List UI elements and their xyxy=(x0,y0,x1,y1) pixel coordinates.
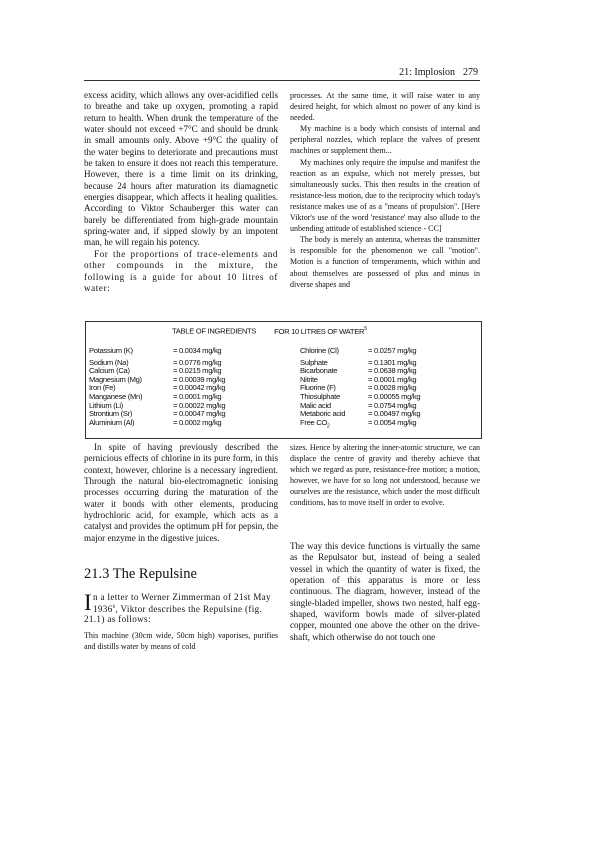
table-row: Thiosulphate= 0.00055 mg/kg xyxy=(300,392,420,401)
page-number: 279 xyxy=(463,67,478,78)
table-row: Nitrite= 0.0001 mg/kg xyxy=(300,375,420,384)
table-title-part2: FOR 10 LITRES OF WATER xyxy=(274,327,364,336)
ingredient-name: Sodium (Na) xyxy=(89,358,173,367)
table-row: Bicarbonate= 0.0638 mg/kg xyxy=(300,366,420,375)
ingredient-value: = 0.1301 mg/kg xyxy=(368,358,416,367)
ingredient-name: Iron (Fe) xyxy=(89,383,173,392)
ingredient-value: = 0.0002 mg/kg xyxy=(173,418,221,427)
table-title-part1: TABLE OF INGREDIENTS xyxy=(172,327,256,336)
table-right-column: Chlorine (Cl)= 0.0257 mg/kg Sulphate= 0.… xyxy=(300,346,420,426)
right-column-lower: The way this device functions is virtual… xyxy=(290,541,480,643)
ingredient-value: = 0.0028 mg/kg xyxy=(368,383,416,392)
paragraph: For the proportions of trace-elements an… xyxy=(84,249,278,294)
right-column-bottom: sizes. Hence by altering the inner-atomi… xyxy=(290,442,480,509)
section-heading: 21.3 The Repulsine xyxy=(84,566,197,583)
ingredient-value: = 0.0034 mg/kg xyxy=(173,346,221,355)
ingredient-value: = 0.00055 mg/kg xyxy=(368,392,420,401)
paragraph: This machine (30cm wide, 50cm high) vapo… xyxy=(84,630,278,652)
ingredient-value: = 0.0001 mg/kg xyxy=(173,392,221,401)
left-column-bottom: In spite of having previously described … xyxy=(84,442,278,544)
table-row: Calcium (Ca)= 0.0215 mg/kg xyxy=(89,366,225,375)
dropcap-paragraph: In a letter to Werner Zimmerman of 21st … xyxy=(84,592,278,625)
paragraph: sizes. Hence by altering the inner-atomi… xyxy=(290,442,480,509)
ingredient-name: Lithium (Li) xyxy=(89,401,173,410)
table-row: Malic acid= 0.0754 mg/kg xyxy=(300,401,420,410)
paragraph: My machine is a body which consists of i… xyxy=(290,123,480,156)
ingredient-value: = 0.0638 mg/kg xyxy=(368,366,416,375)
paragraph: In spite of having previously described … xyxy=(84,442,278,544)
table-left-column: Potassium (K)= 0.0034 mg/kg Sodium (Na)=… xyxy=(89,346,225,426)
ingredient-name: Sulphate xyxy=(300,358,368,367)
ingredient-name: Strontium (Sr) xyxy=(89,409,173,418)
table-row: Manganese (Mn)= 0.0001 mg/kg xyxy=(89,392,225,401)
ingredient-name: Manganese (Mn) xyxy=(89,392,173,401)
ingredient-name: Calcium (Ca) xyxy=(89,366,173,375)
table-row: Fluorine (F)= 0.0028 mg/kg xyxy=(300,383,420,392)
ingredients-table: TABLE OF INGREDIENTSFOR 10 LITRES OF WAT… xyxy=(85,321,482,439)
ingredient-name: Potassium (K) xyxy=(89,346,173,355)
ingredient-name: Fluorine (F) xyxy=(300,383,368,392)
right-column-top: processes. At the same time, it will rai… xyxy=(290,90,480,290)
table-row: Metaboric acid= 0.00497 mg/kg xyxy=(300,409,420,418)
footnote-marker: 5 xyxy=(364,326,366,332)
ingredient-name: Free CO2 xyxy=(300,418,368,427)
table-row: Strontium (Sr)= 0.00047 mg/kg xyxy=(89,409,225,418)
paragraph: excess acidity, which allows any over-ac… xyxy=(84,90,278,249)
ingredient-value: = 0.00022 mg/kg xyxy=(173,401,225,410)
subscript: 2 xyxy=(327,423,329,429)
paragraph: The body is merely an antenna, whereas t… xyxy=(290,234,480,289)
ingredient-value: = 0.0001 mg/kg xyxy=(368,375,416,384)
ingredient-value: = 0.00042 mg/kg xyxy=(173,383,225,392)
running-head-text: 21: Implosion279 xyxy=(399,67,478,78)
ingredient-value: = 0.0257 mg/kg xyxy=(368,346,416,355)
ingredient-name: Aluminium (Al) xyxy=(89,418,173,427)
ingredient-value: = 0.0754 mg/kg xyxy=(368,401,416,410)
ingredient-name: Malic acid xyxy=(300,401,368,410)
ingredient-value: = 0.0776 mg/kg xyxy=(173,358,221,367)
ingredient-name: Bicarbonate xyxy=(300,366,368,375)
ingredient-name: Magnesium (Mg) xyxy=(89,375,173,384)
ingredient-value: = 0.00039 mg/kg xyxy=(173,375,225,384)
ingredient-name: Chlorine (Cl) xyxy=(300,346,368,355)
left-column-top: excess acidity, which allows any over-ac… xyxy=(84,90,278,294)
table-row: Sulphate= 0.1301 mg/kg xyxy=(300,358,420,367)
ingredient-name: Metaboric acid xyxy=(300,409,368,418)
quote-paragraph: This machine (30cm wide, 50cm high) vapo… xyxy=(84,630,278,652)
table-row: Aluminium (Al)= 0.0002 mg/kg xyxy=(89,418,225,427)
dropcap-letter: I xyxy=(84,593,92,612)
table-row: Iron (Fe)= 0.00042 mg/kg xyxy=(89,383,225,392)
ingredient-name: Nitrite xyxy=(300,375,368,384)
table-row: Sodium (Na)= 0.0776 mg/kg xyxy=(89,358,225,367)
table-row: Chlorine (Cl)= 0.0257 mg/kg xyxy=(300,346,420,355)
paragraph: My machines only require the impulse and… xyxy=(290,157,480,235)
table-title: TABLE OF INGREDIENTSFOR 10 LITRES OF WAT… xyxy=(172,325,367,336)
table-row: Magnesium (Mg)= 0.00039 mg/kg xyxy=(89,375,225,384)
ingredient-value: = 0.00047 mg/kg xyxy=(173,409,225,418)
table-row: Lithium (Li)= 0.00022 mg/kg xyxy=(89,401,225,410)
running-head: 21: Implosion279 xyxy=(84,64,480,81)
chapter-title: 21: Implosion xyxy=(399,67,455,78)
ingredient-name: Thiosulphate xyxy=(300,392,368,401)
ingredient-value: = 0.0215 mg/kg xyxy=(173,366,221,375)
ingredient-value: = 0.0054 mg/kg xyxy=(368,418,416,427)
ingredient-name-text: Free CO xyxy=(300,418,327,427)
paragraph: processes. At the same time, it will rai… xyxy=(290,90,480,123)
table-row: Free CO2= 0.0054 mg/kg xyxy=(300,418,420,427)
ingredient-value: = 0.00497 mg/kg xyxy=(368,409,420,418)
paragraph: The way this device functions is virtual… xyxy=(290,541,480,643)
table-row: Potassium (K)= 0.0034 mg/kg xyxy=(89,346,225,355)
